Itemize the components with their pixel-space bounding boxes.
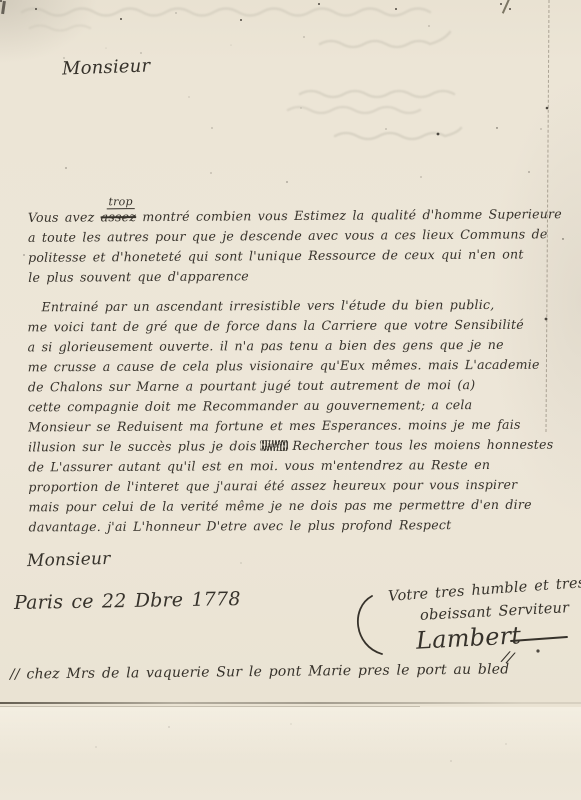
salutation-top: Monsieur xyxy=(62,55,151,79)
letter-line: politesse et d'honeteté qui sont l'uniqu… xyxy=(28,244,562,268)
line-text: illusion sur le succès plus je dois xyxy=(28,438,256,454)
inserted-word: trop xyxy=(106,196,134,209)
valediction-flourish xyxy=(348,588,388,660)
bleedthrough-line xyxy=(335,128,461,139)
letter-line: de L'assurer autant qu'il est en moi. vo… xyxy=(28,455,553,478)
scribbled-out-word xyxy=(260,440,288,451)
letter-line: me voici tant de gré que de force dans l… xyxy=(27,315,552,338)
letter-line: Entrainé par un ascendant irresistible v… xyxy=(27,295,552,318)
paper-specks xyxy=(0,0,2,2)
horizontal-crease xyxy=(0,702,581,704)
struck-word: asseztrop xyxy=(101,209,137,224)
paragraph-2: Entrainé par un ascendant irresistible v… xyxy=(27,295,553,538)
letter-line: a si glorieusement ouverte. il n'a pas t… xyxy=(28,335,553,358)
valediction-line-2: obeissant Serviteur xyxy=(420,600,570,624)
letter-line: mais pour celui de la verité même je ne … xyxy=(28,495,553,518)
salutation-bottom: Monsieur xyxy=(27,549,111,571)
letter-line: le plus souvent que d'apparence xyxy=(28,264,562,288)
letter-line: de Chalons sur Marne a pourtant jugé tou… xyxy=(28,375,553,398)
bleedthrough-line xyxy=(30,26,90,31)
paragraph-1: Vous avez asseztrop montré combien vous … xyxy=(28,204,563,288)
bleedthrough-line xyxy=(22,9,430,16)
letter-line: me crusse a cause de cela plus visionair… xyxy=(28,355,553,378)
bleedthrough-line xyxy=(300,91,454,97)
page-bottom-margin xyxy=(0,707,581,800)
line-text: Vous avez xyxy=(28,209,95,224)
bleedthrough-writing xyxy=(0,0,581,160)
footnote-address: // chez Mrs de la vaquerie Sur le pont M… xyxy=(10,661,510,682)
letter-page: Monsieur Vous avez asseztrop montré comb… xyxy=(0,0,581,800)
line-text: Rechercher tous les moiens honnestes xyxy=(292,437,553,453)
letter-line: davantage. j'ai L'honneur D'etre avec le… xyxy=(29,515,554,538)
letter-line: illusion sur le succès plus je doisReche… xyxy=(28,435,553,458)
bleedthrough-line xyxy=(288,107,420,113)
bleedthrough-line xyxy=(320,32,450,47)
line-text: montré combien vous Estimez la qualité d… xyxy=(142,206,562,224)
dateline: Paris ce 22 Dbre 1778 xyxy=(14,588,241,614)
letter-line: Monsieur se Reduisent ma fortune et mes … xyxy=(28,415,553,438)
letter-line: cette compagnie doit me Recommander au g… xyxy=(28,395,553,418)
letter-line: proportion de l'interet que j'aurai été … xyxy=(28,475,553,498)
